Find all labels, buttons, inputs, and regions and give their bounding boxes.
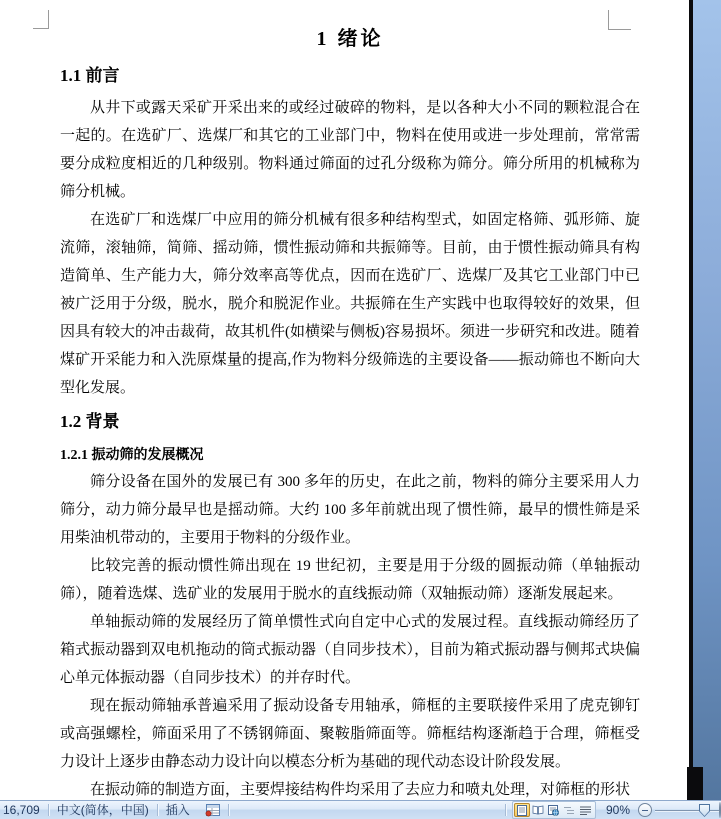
full-screen-reading-button[interactable]: [530, 803, 546, 817]
zoom-out-button[interactable]: [638, 803, 652, 817]
outline-view-icon: [564, 806, 575, 815]
document-page: 1 绪论 1.1 前言 从井下或露天采矿开采出来的或经过破碎的物料，是以各种大小…: [0, 0, 690, 803]
paragraph: 筛分设备在国外的发展已有 300 多年的历史，在此之前，物料的筛分主要采用人力筛…: [60, 468, 640, 552]
draft-view-button[interactable]: [578, 803, 594, 817]
paragraph: 从井下或露天采矿开采出来的或经过破碎的物料，是以各种大小不同的颗粒混合在一起的。…: [60, 94, 640, 206]
outline-view-button[interactable]: [562, 803, 578, 817]
status-separator: [505, 804, 506, 816]
status-separator: [228, 804, 229, 816]
paragraph: 在选矿厂和选煤厂中应用的筛分机械有很多种结构型式，如固定格筛、弧形筛、旋流筛，滚…: [60, 206, 640, 402]
zoom-slider-thumb[interactable]: [699, 804, 710, 817]
paragraph: 比较完善的振动惯性筛出现在 19 世纪初，主要是用于分级的圆振动筛（单轴振动筛）…: [60, 552, 640, 608]
print-layout-button[interactable]: [514, 803, 530, 817]
word-window: 1 绪论 1.1 前言 从井下或露天采矿开采出来的或经过破碎的物料，是以各种大小…: [0, 0, 721, 819]
zoom-level-button[interactable]: 90%: [606, 803, 630, 817]
paragraph: 单轴振动筛的发展经历了简单惯性式向自定中心式的发展过程。直线振动筛经历了箱式振动…: [60, 608, 640, 692]
subsection-heading-1-2-1: 1.2.1 振动筛的发展概况: [60, 446, 640, 466]
macro-record-icon[interactable]: [205, 804, 221, 817]
web-layout-icon: [548, 805, 559, 816]
text-boundary-mark-left: [33, 10, 49, 29]
section-heading-1-2: 1.2 背景: [60, 410, 640, 434]
chapter-title: 1 绪论: [60, 26, 640, 52]
web-layout-button[interactable]: [546, 803, 562, 817]
view-buttons-group: [512, 801, 596, 819]
insert-mode-status[interactable]: 插入: [158, 801, 198, 819]
page-edge-line: [689, 0, 693, 767]
document-content: 1 绪论 1.1 前言 从井下或露天采矿开采出来的或经过破碎的物料，是以各种大小…: [60, 26, 640, 803]
draft-view-icon: [580, 806, 591, 815]
language-status[interactable]: 中文(简体，中国): [49, 801, 157, 819]
zoom-slider-track[interactable]: [655, 802, 715, 818]
zoom-slider-line: [655, 810, 721, 811]
full-screen-reading-icon: [532, 805, 544, 815]
print-layout-icon: [517, 805, 527, 816]
section-heading-1-1: 1.1 前言: [60, 64, 640, 88]
paragraph: 在振动筛的制造方面，主要焊接结构件均采用了去应力和喷丸处理，对筛框的形状: [60, 776, 640, 803]
page-corner-shadow: [687, 767, 703, 803]
status-bar: 16,709 中文(简体，中国) 插入: [0, 800, 721, 819]
window-right-border: [693, 0, 721, 803]
paragraph: 现在振动筛轴承普遍采用了振动设备专用轴承，筛框的主要联接件采用了虎克铆钉或高强螺…: [60, 692, 640, 776]
word-count-status[interactable]: 16,709: [0, 801, 48, 819]
